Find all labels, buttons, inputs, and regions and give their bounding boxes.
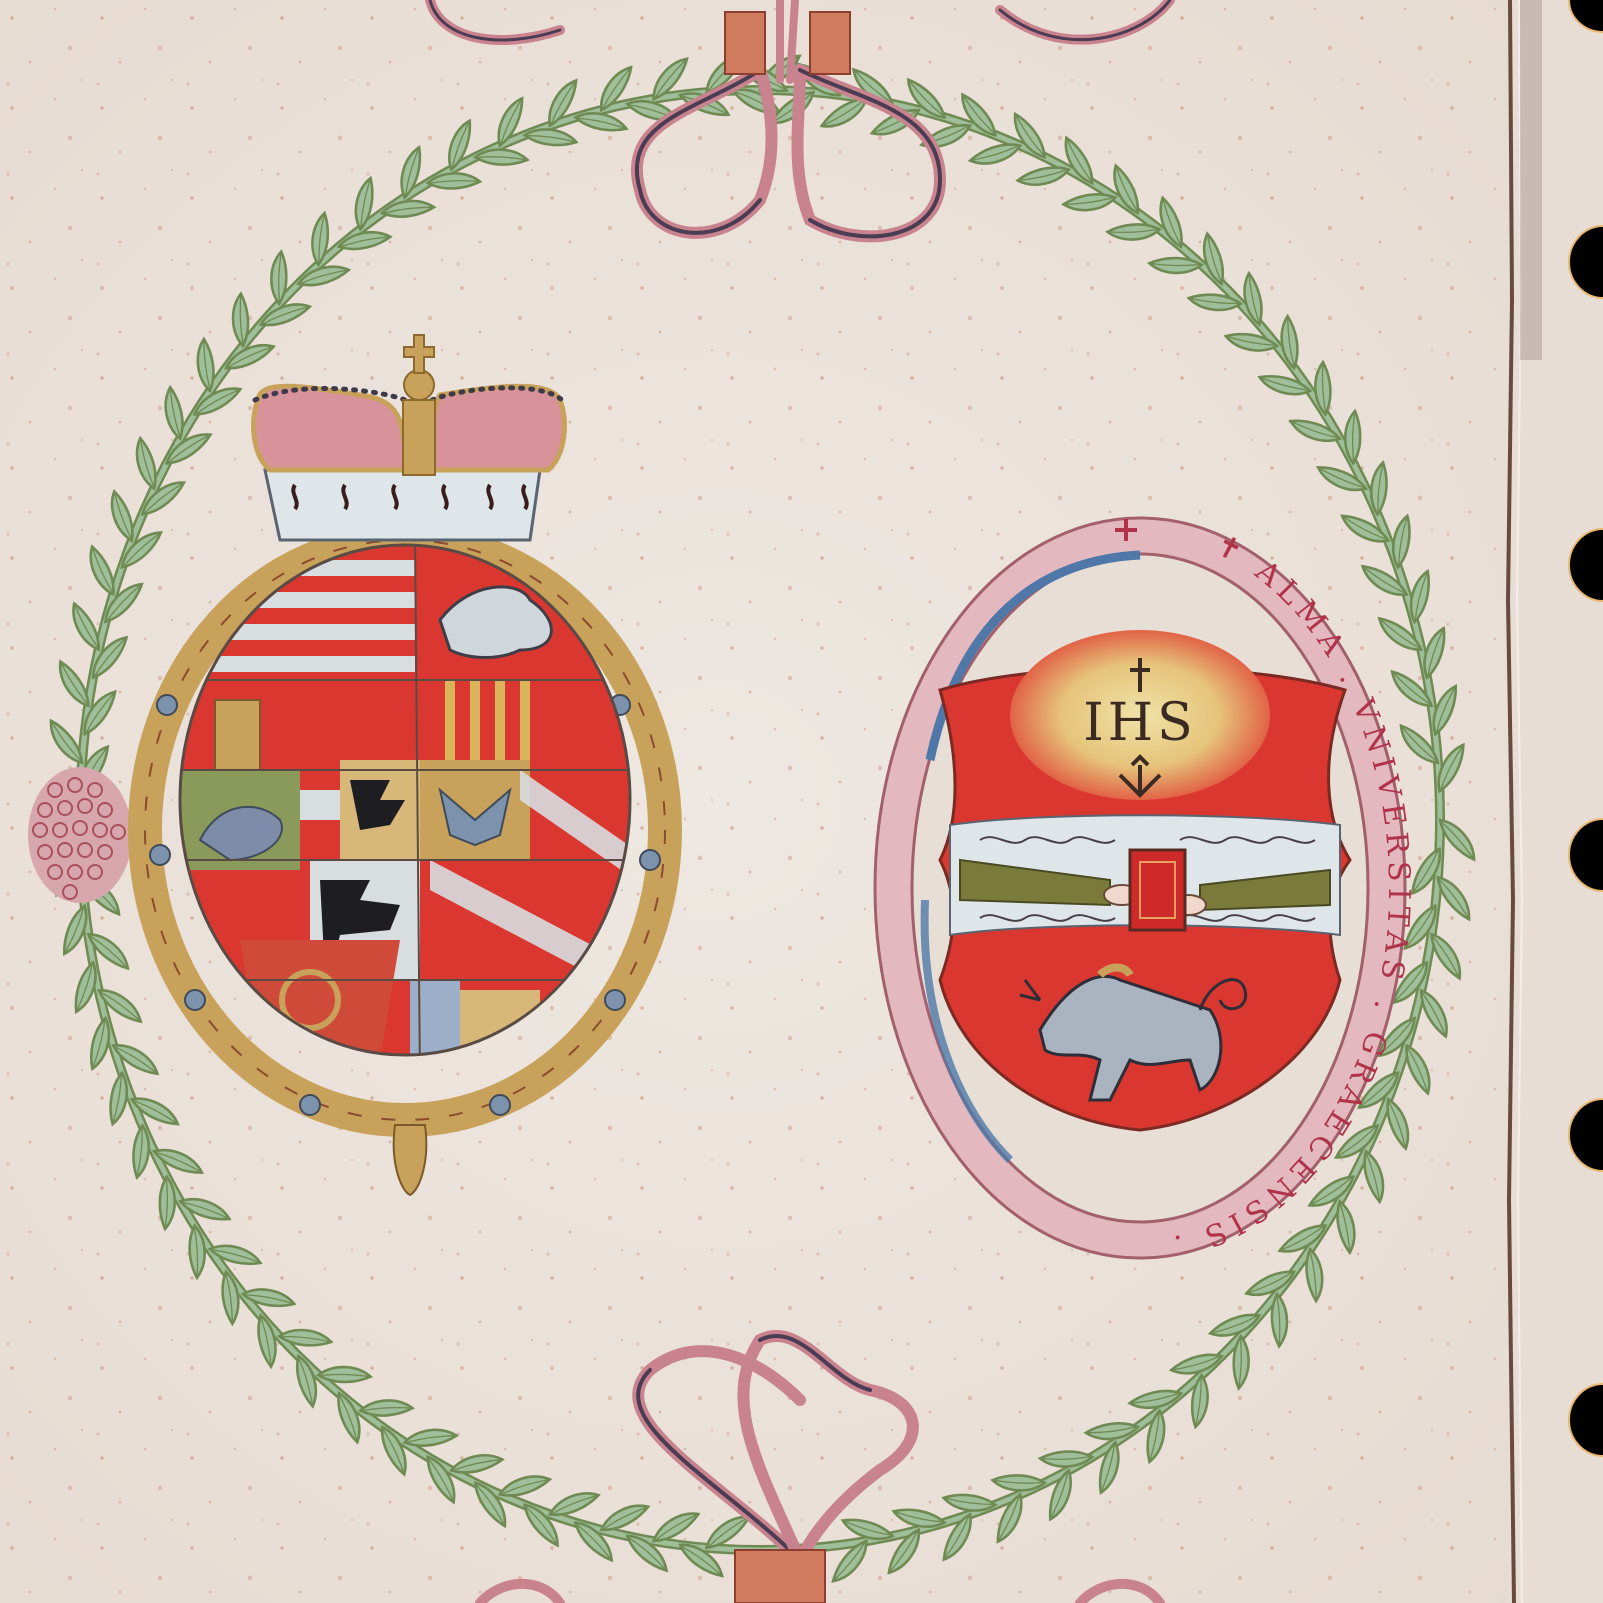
ihs-monogram: IHS: [1083, 693, 1197, 753]
pink-berry-cluster: [28, 767, 132, 903]
seal-shield: IHS: [940, 630, 1350, 1130]
manuscript-page: ✝ ALMA . VNIVERSITAS . GRAECENSIS . ARCH…: [0, 0, 1603, 1603]
